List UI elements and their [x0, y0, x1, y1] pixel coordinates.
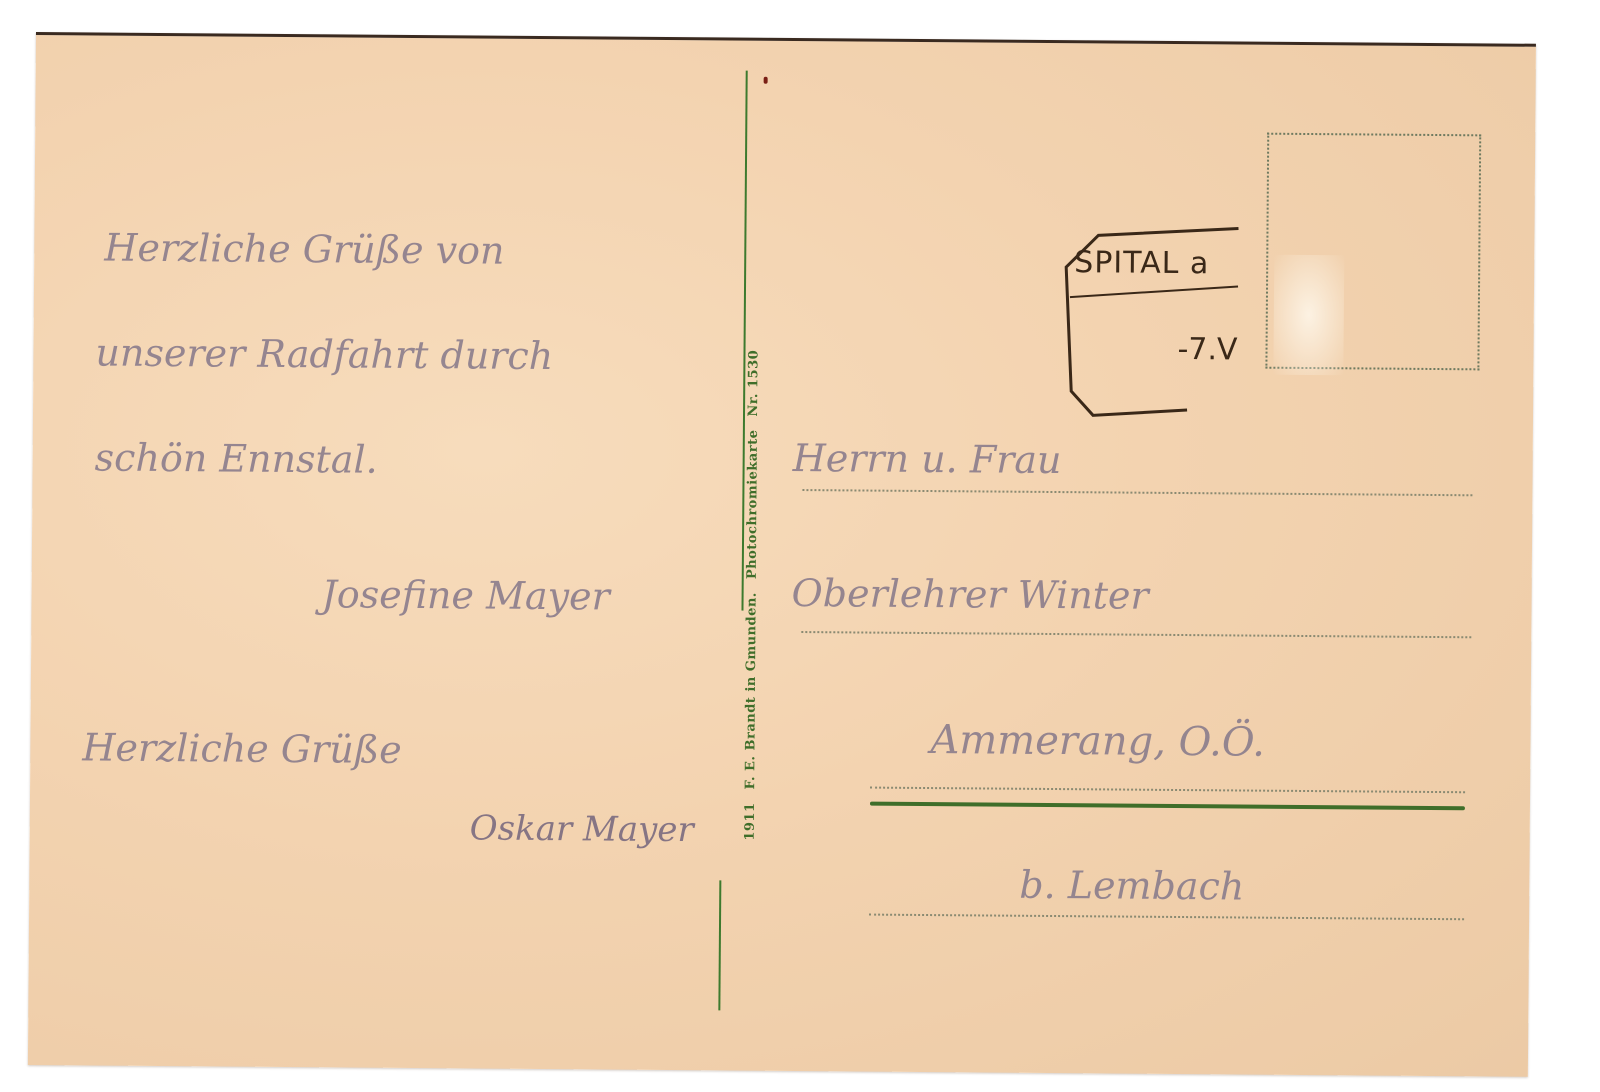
center-divider-line-bottom — [718, 880, 721, 1010]
ink-speck — [764, 77, 768, 84]
message-line: unserer Radfahrt durch — [95, 330, 553, 378]
publisher-imprint: 1911 F. E. Brandt in Gmunden. Photochrom… — [743, 342, 762, 841]
address-line: b. Lembach — [1019, 863, 1244, 909]
address-line: Ammerang, O.Ö. — [930, 717, 1265, 766]
imprint-publisher: F. E. Brandt in Gmunden. — [743, 592, 760, 789]
message-line: schön Ennstal. — [94, 435, 377, 481]
message-line: Herzliche Grüße von — [104, 226, 505, 273]
address-dotted-line — [801, 631, 1471, 638]
postcard: 1911 F. E. Brandt in Gmunden. Photochrom… — [28, 32, 1536, 1077]
imprint-series: Photochromiekarte — [745, 430, 761, 580]
signature: Josefine Mayer — [321, 572, 610, 618]
address-line: Herrn u. Frau — [793, 436, 1062, 482]
address-dotted-line — [870, 787, 1465, 794]
postmark-date: -7.V — [1177, 332, 1237, 367]
address-line: Oberlehrer Winter — [791, 571, 1148, 618]
message-line: Herzliche Grüße — [82, 725, 402, 772]
imprint-year: 1911 — [743, 802, 758, 840]
stamp-removal-scuff — [1273, 255, 1344, 376]
address-dotted-line — [869, 914, 1464, 921]
imprint-number: Nr. 1530 — [746, 350, 762, 417]
signature: Oskar Mayer — [470, 808, 694, 850]
address-green-underline — [870, 802, 1465, 811]
address-dotted-line — [802, 489, 1472, 496]
postmark-town: SPITAL a — [1074, 245, 1209, 281]
postmark: SPITAL a -7.V — [1057, 221, 1245, 422]
